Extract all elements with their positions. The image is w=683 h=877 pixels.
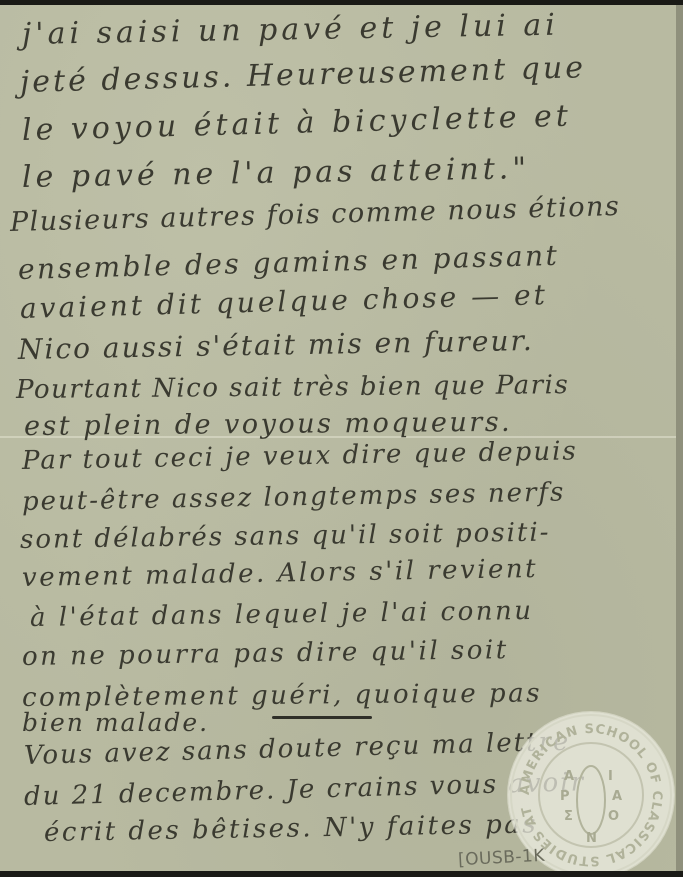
letter-line-3: le voyou était à bicyclette et	[22, 99, 573, 148]
svg-text:Ο: Ο	[608, 809, 619, 824]
letter-line-12: peut-être assez longtemps ses nerfs	[22, 478, 566, 517]
letter-line-4: le pavé ne l'a pas atteint."	[22, 151, 531, 195]
letter-line-15: à l'état dans lequel je l'ai connu	[30, 596, 534, 633]
svg-text:Ν: Ν	[586, 831, 597, 846]
letter-line-16: on ne pourra pas dire qu'il soit	[22, 635, 509, 672]
em-dash-stroke	[272, 716, 372, 719]
page-edge-shadow	[676, 5, 683, 871]
letter-line-7: avaient dit quelque chose — et	[20, 278, 549, 325]
letter-line-20: du 21 decembre. Je crains vous avoir	[24, 767, 586, 812]
letter-line-13: sont délabrés sans qu'il soit positi-	[20, 518, 551, 555]
letter-line-18: bien malade.	[22, 708, 209, 737]
letter-line-6: ensemble des gamins en passant	[18, 239, 560, 286]
svg-text:Α: Α	[612, 789, 622, 804]
letter-line-1: j'ai saisi un pavé et je lui ai	[22, 8, 559, 52]
svg-text:Ρ: Ρ	[560, 789, 570, 804]
letter-page: j'ai saisi un pavé et je lui ai jeté des…	[0, 5, 676, 871]
letter-line-21: écrit des bêtises. N'y faites pas	[44, 809, 539, 848]
svg-text:Α: Α	[564, 769, 574, 784]
letter-line-2: jeté dessus. Heureusement que	[20, 50, 587, 100]
svg-text:Σ: Σ	[564, 809, 573, 824]
letter-line-8: Nico aussi s'était mis en fureur.	[18, 324, 534, 366]
letter-line-11: Par tout ceci je veux dire que depuis	[22, 436, 578, 476]
svg-text:Ι: Ι	[608, 769, 613, 784]
letter-line-14: vement malade. Alors s'il revient	[22, 554, 539, 593]
letter-line-9: Pourtant Nico sait très bien que Paris	[16, 370, 570, 405]
letter-line-10: est plein de voyous moqueurs.	[24, 407, 512, 442]
letter-line-5: Plusieurs autres fois comme nous étions	[10, 191, 621, 238]
